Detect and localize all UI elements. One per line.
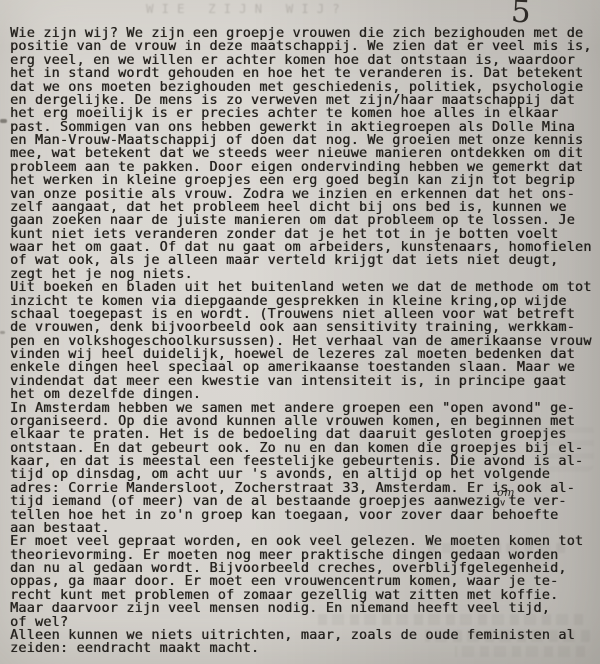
typewritten-text-block: Wie zijn wij? We zijn een groepje vrouwe… — [10, 27, 594, 656]
text-line: Maar daarvoor zijn veel mensen nodig. En… — [10, 602, 594, 615]
scanned-page: WIE ZIJN WIJ? 5 Wie zijn wij? We zijn ee… — [0, 0, 600, 664]
text-line: zeiden: eendracht maakt macht. — [10, 642, 594, 655]
insertion-word: om — [497, 486, 515, 499]
insertion-caret-mark: ∨ — [499, 499, 506, 509]
scan-edge-artifact — [0, 119, 7, 123]
ghost-header-text: WIE ZIJN WIJ? — [146, 1, 446, 16]
scan-edge-artifact — [0, 331, 5, 334]
